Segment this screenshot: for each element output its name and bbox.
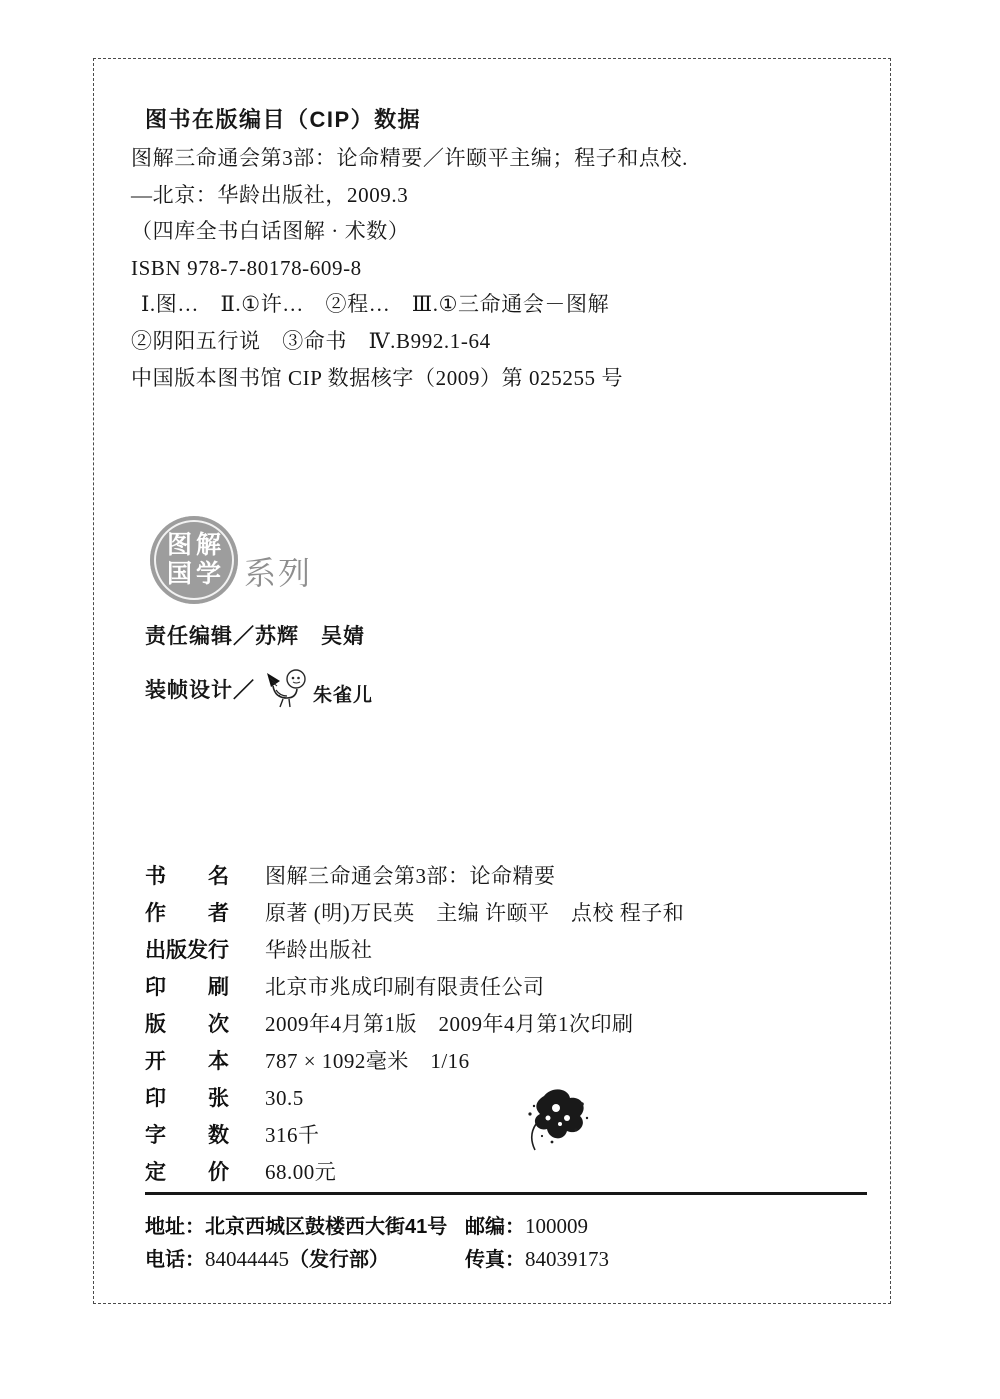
colophon-row-format: 开 本787 × 1092毫米 1/16 <box>145 1043 684 1080</box>
address-value: 北京西城区鼓楼西大街41号 <box>205 1216 447 1238</box>
cip-classification-line2: ②阴阳五行说 ③命书 Ⅳ.B992.1-64 <box>131 323 688 360</box>
zip-value: 100009 <box>525 1214 588 1238</box>
series-logo-suffix: 系列 <box>244 548 312 594</box>
phone-dept: （发行部） <box>289 1249 389 1271</box>
cip-heading: 图书在版编目（CIP）数据 <box>145 103 421 134</box>
series-logo: 图解 国学 系列 <box>150 516 450 616</box>
colophon-row-edition: 版 次2009年4月第1版 2009年4月第1次印刷 <box>145 1006 684 1043</box>
bird-sketch-icon <box>263 668 315 710</box>
ink-smudge <box>512 1078 602 1168</box>
cip-title-line: 图解三命通会第3部：论命精要／许颐平主编；程子和点校. <box>131 140 688 177</box>
fax-value: 84039173 <box>525 1247 609 1271</box>
colophon-row-publisher: 出版发行华龄出版社 <box>145 932 684 969</box>
colophon-table: 书 名图解三命通会第3部：论命精要 作 者原著 (明)万民英 主编 许颐平 点校… <box>145 858 684 1191</box>
logo-text-top: 图解 <box>163 531 225 560</box>
cip-series-line: （四库全书白话图解 · 术数） <box>131 213 688 250</box>
colophon-row-printer: 印 刷北京市兆成印刷有限责任公司 <box>145 969 684 1006</box>
publisher-contact-block: 地址：北京西城区鼓楼西大街41号 邮编：100009 电话：84044445（发… <box>145 1210 609 1276</box>
colophon-row-wordcount: 字 数316千 <box>145 1117 684 1154</box>
zip-label: 邮编： <box>465 1216 525 1238</box>
cip-isbn-line: ISBN 978-7-80178-609-8 <box>131 250 688 287</box>
design-credit-label: 装帧设计／ <box>145 674 255 704</box>
colophon-row-sheets: 印 张30.5 <box>145 1080 684 1117</box>
logo-text-bottom: 国学 <box>163 560 225 589</box>
address-line: 地址：北京西城区鼓楼西大街41号 邮编：100009 <box>145 1210 609 1243</box>
phone-label: 电话： <box>145 1249 205 1271</box>
colophon-row-author: 作 者原著 (明)万民英 主编 许颐平 点校 程子和 <box>145 895 684 932</box>
divider-rule <box>145 1192 867 1195</box>
series-logo-circle-icon: 图解 国学 <box>150 516 238 604</box>
fax-label: 传真： <box>465 1249 525 1271</box>
cip-block: 图解三命通会第3部：论命精要／许颐平主编；程子和点校. —北京：华龄出版社，20… <box>131 140 688 396</box>
editor-credit-line: 责任编辑／苏辉 吴婧 <box>145 620 365 650</box>
phone-value: 84044445 <box>205 1247 289 1271</box>
colophon-row-title: 书 名图解三命通会第3部：论命精要 <box>145 858 684 895</box>
editor-credit-text: 责任编辑／苏辉 吴婧 <box>145 624 365 648</box>
cip-registry-line: 中国版本图书馆 CIP 数据核字（2009）第 025255 号 <box>131 360 688 397</box>
phone-line: 电话：84044445（发行部） 传真：84039173 <box>145 1243 609 1276</box>
cip-publisher-line: —北京：华龄出版社，2009.3 <box>131 177 688 214</box>
design-credit-name: 朱雀儿 <box>313 680 373 707</box>
cip-classification-line: Ⅰ.图… Ⅱ.①许… ②程… Ⅲ.①三命通会－图解 <box>131 286 688 323</box>
address-label: 地址： <box>145 1216 205 1238</box>
colophon-row-price: 定 价68.00元 <box>145 1154 684 1191</box>
design-credit-line: 装帧设计／ 朱雀儿 <box>145 668 373 710</box>
